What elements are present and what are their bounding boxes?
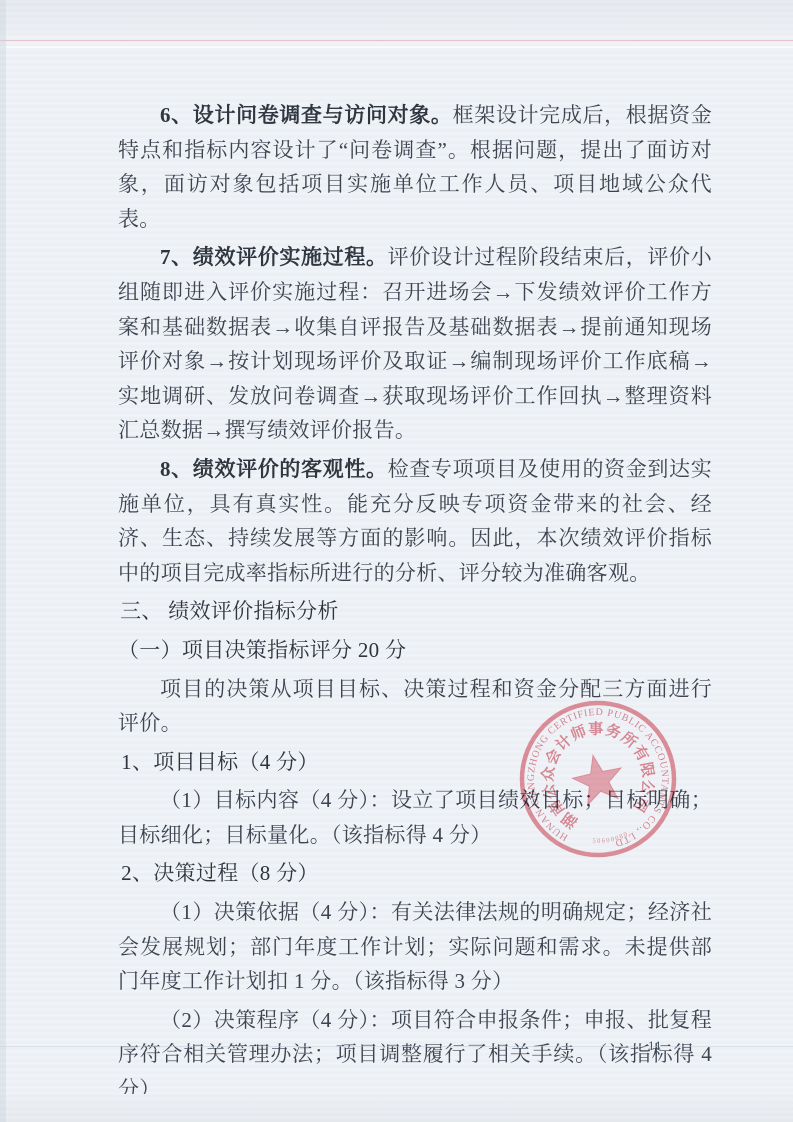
paragraph-text: 评价设计过程阶段结束后，评价小组随即进入评价实施过程：召开进场会→下发绩效评价工… [118, 245, 712, 442]
scanned-document-page: 6、设计问卷调查与访问对象。框架设计完成后，根据资金特点和指标内容设计了“问卷调… [0, 0, 793, 1122]
section-heading-indicator-analysis: 三、 绩效评价指标分析 [118, 594, 712, 629]
scan-bottom-band [0, 1094, 793, 1122]
subsection-heading-project-decision: （一）项目决策指标评分 20 分 [118, 633, 712, 668]
paragraph-questionnaire-design: 6、设计问卷调查与访问对象。框架设计完成后，根据资金特点和指标内容设计了“问卷调… [118, 98, 712, 236]
scan-pink-rule [0, 40, 793, 41]
paragraph-lead: 8、绩效评价的客观性。 [160, 457, 388, 481]
paragraph-lead: 6、设计问卷调查与访问对象。 [160, 103, 453, 127]
paragraph-lead: 7、绩效评价实施过程。 [160, 245, 388, 269]
scan-left-edge [0, 0, 6, 1122]
paragraph-evaluation-process: 7、绩效评价实施过程。评价设计过程阶段结束后，评价小组随即进入评价实施过程：召开… [118, 240, 712, 448]
paragraph-decision-basis: （1）决策依据（4 分）：有关法律法规的明确规定；经济社会发展规划；部门年度工作… [118, 895, 712, 999]
scan-top-band [0, 0, 793, 34]
scan-white-rule [0, 46, 793, 48]
document-body: 6、设计问卷调查与访问对象。框架设计完成后，根据资金特点和指标内容设计了“问卷调… [118, 98, 712, 1107]
seal-serial-number: 50600080 [591, 830, 631, 848]
page-number: 11 [648, 1038, 663, 1054]
scan-footer-rule [0, 1046, 793, 1047]
paragraph-decision-procedure: （2）决策程序（4 分）：项目符合申报条件；申报、批复程序符合相关管理办法；项目… [118, 1003, 712, 1107]
company-seal-stamp: HUNAN GONGZHONG CERTIFIED PUBLIC ACCOUNT… [491, 672, 704, 885]
star-icon [569, 750, 627, 806]
paragraph-objectivity: 8、绩效评价的客观性。检查专项项目及使用的资金到达实施单位，具有真实性。能充分反… [118, 452, 712, 590]
